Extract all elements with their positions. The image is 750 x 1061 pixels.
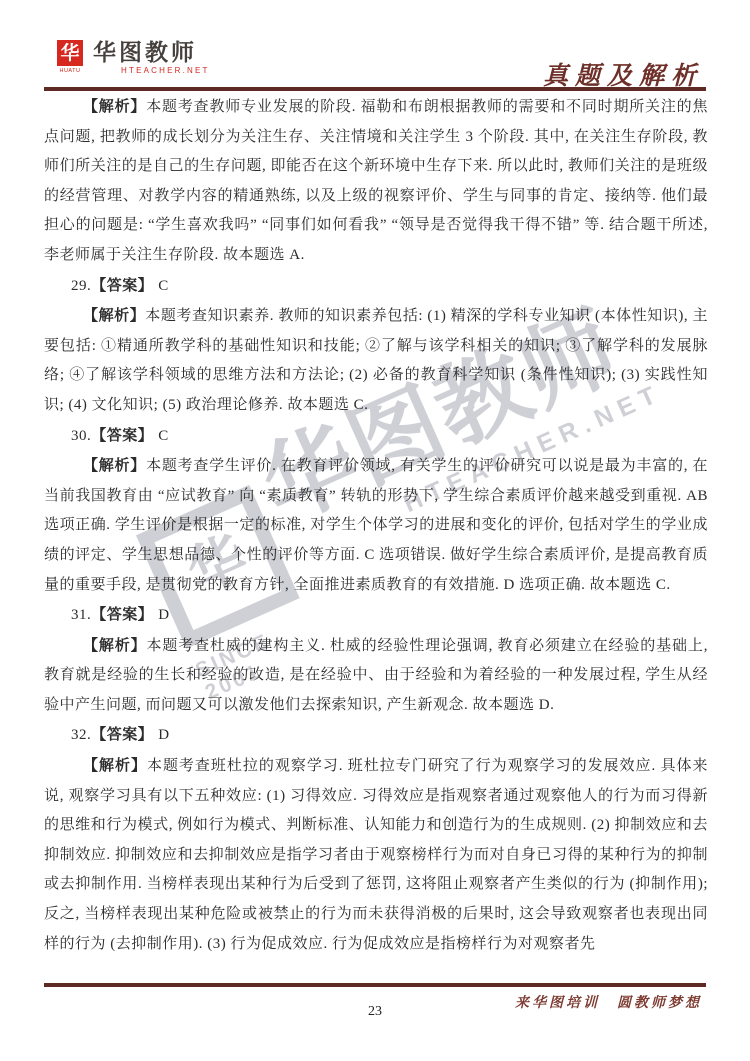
document-body: 【解析】本题考查教师专业发展的阶段. 福勒和布朗根据教师的需要和不同时期所关注的…: [44, 92, 708, 959]
analysis-label: 【解析】: [83, 457, 146, 474]
analysis-label: 【解析】: [83, 98, 146, 115]
brand-name: 华图教师: [93, 40, 210, 65]
answer-value: D: [158, 607, 169, 623]
answer-label: 【答案】: [91, 427, 153, 444]
analysis-text: 本题考查班杜拉的观察学习. 班杜拉专门研究了行为观察学习的发展效应. 具体来说,…: [44, 758, 708, 952]
answer-number: 30.: [71, 428, 91, 444]
answer-line: 30.【答案】C: [44, 421, 708, 452]
answer-line: 29.【答案】C: [44, 271, 708, 302]
analysis-paragraph: 【解析】本题考查学生评价. 在教育评价领域, 有关学生的评价研究可以说是最为丰富…: [44, 451, 708, 600]
huatu-logo-mark: 华 HUATU: [55, 40, 85, 74]
analysis-label: 【解析】: [83, 307, 145, 324]
answer-value: C: [158, 428, 169, 444]
analysis-text: 本题考查学生评价. 在教育评价领域, 有关学生的评价研究可以说是最为丰富的, 在…: [44, 458, 708, 592]
analysis-label: 【解析】: [83, 637, 146, 654]
answer-line: 31.【答案】D: [44, 600, 708, 631]
answer-label: 【答案】: [91, 726, 153, 743]
footer-rule: [44, 983, 706, 987]
answer-number: 32.: [71, 727, 91, 743]
huatu-logo-icon: 华: [57, 40, 83, 66]
analysis-text: 本题考查教师专业发展的阶段. 福勒和布朗根据教师的需要和不同时期所关注的焦点问题…: [44, 99, 708, 263]
answer-line: 32.【答案】D: [44, 720, 708, 751]
answer-value: D: [158, 727, 169, 743]
document-page: 华 HUATU 华图教师 HTEACHER.NET 真题及解析 华 SINCE …: [0, 0, 750, 1061]
huatu-logo-text: 华图教师 HTEACHER.NET: [93, 40, 210, 75]
answer-value: C: [158, 278, 169, 294]
analysis-paragraph: 【解析】本题考查杜威的建构主义. 杜威的经验性理论强调, 教育必须建立在经验的基…: [44, 631, 708, 721]
answer-label: 【答案】: [91, 606, 153, 623]
page-number: 23: [0, 1004, 750, 1020]
brand-site: HTEACHER.NET: [93, 66, 210, 75]
answer-label: 【答案】: [91, 277, 153, 294]
header-rule: [44, 87, 706, 91]
huatu-logo-sublabel: HUATU: [59, 68, 80, 74]
analysis-paragraph: 【解析】本题考查知识素养. 教师的知识素养包括: (1) 精深的学科专业知识 (…: [44, 301, 708, 420]
answer-number: 31.: [71, 607, 91, 623]
analysis-paragraph: 【解析】本题考查班杜拉的观察学习. 班杜拉专门研究了行为观察学习的发展效应. 具…: [44, 751, 708, 959]
analysis-paragraph: 【解析】本题考查教师专业发展的阶段. 福勒和布朗根据教师的需要和不同时期所关注的…: [44, 92, 708, 271]
answer-number: 29.: [71, 278, 91, 294]
page-header: 华 HUATU 华图教师 HTEACHER.NET 真题及解析: [55, 40, 705, 86]
analysis-label: 【解析】: [83, 757, 147, 774]
